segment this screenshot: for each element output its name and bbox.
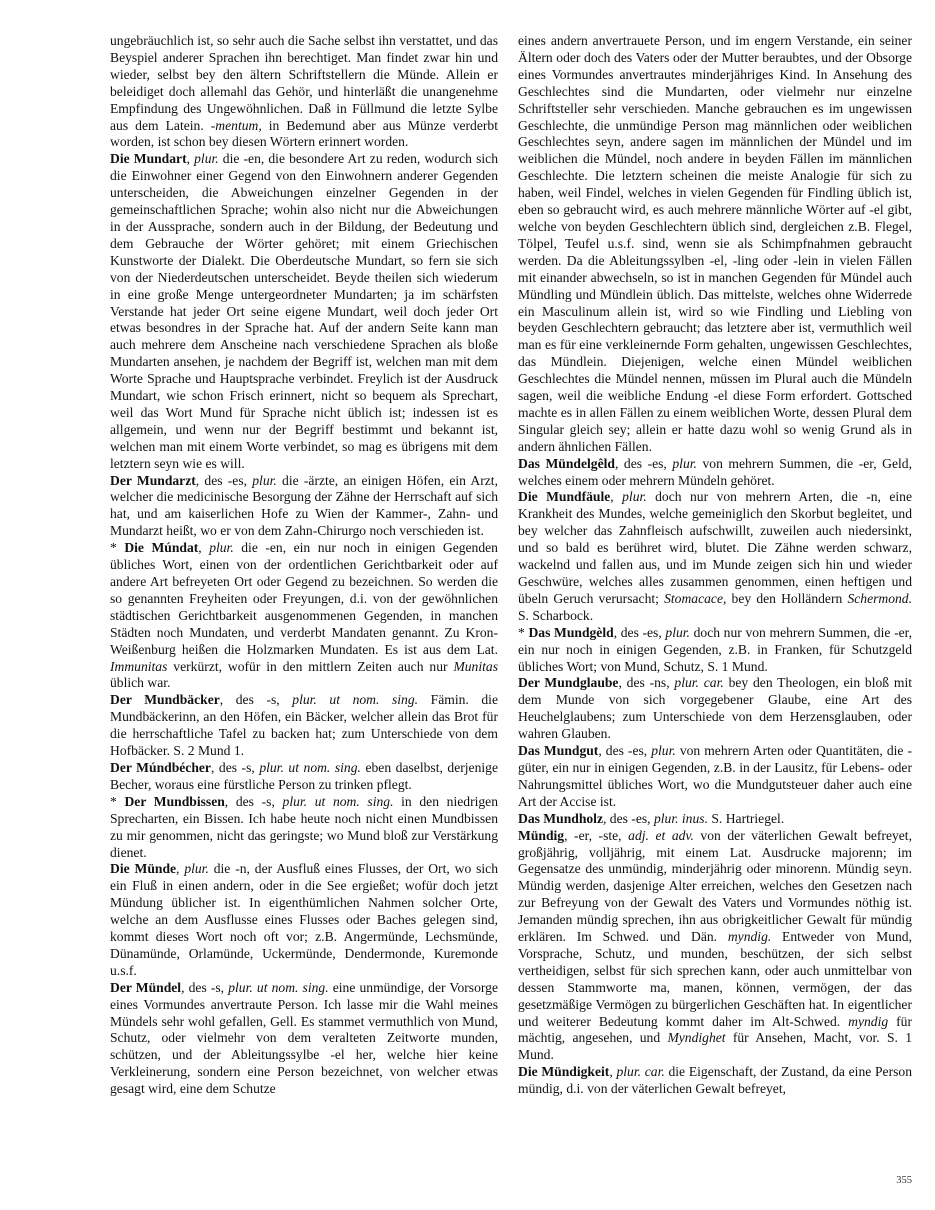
grammar-note: plur. car.: [616, 1064, 664, 1079]
entry-text: die -en, die besondere Art zu reden, wod…: [110, 151, 498, 470]
grammar-note: plur.: [209, 540, 234, 555]
dictionary-page: ungebräuchlich ist, so sehr auch die Sac…: [0, 0, 935, 1210]
entry-text: eine unmündige, der Vorsorge eines Vormu…: [110, 980, 498, 1096]
dictionary-entry: Der Mündel, des -s, plur. ut nom. sing. …: [110, 980, 498, 1098]
entry-text: verkürzt, wofür in den mittlern Zeiten a…: [167, 659, 453, 674]
entry-headword: Die Mundfäule: [518, 489, 610, 504]
grammar-note: plur.: [665, 625, 690, 640]
grammar-note: plur.: [184, 861, 209, 876]
entry-headword: Das Mundgèld: [528, 625, 613, 640]
dictionary-entry: Der Mundarzt, des -es, plur. die -ärzte,…: [110, 473, 498, 541]
grammar-note: plur. inus.: [654, 811, 708, 826]
dictionary-entry: Die Mündigkeit, plur. car. die Eigenscha…: [518, 1064, 912, 1098]
entry-headword: Das Mundholz: [518, 811, 603, 826]
foreign-term: Stomacace,: [664, 591, 726, 606]
entry-text: , des -s,: [211, 760, 259, 775]
right-column: eines andern anvertrauete Person, und im…: [518, 33, 912, 1098]
dictionary-entry: Die Münde, plur. die -n, der Ausfluß ein…: [110, 861, 498, 979]
entry-text: , des -es,: [598, 743, 651, 758]
grammar-note: plur.: [622, 489, 647, 504]
foreign-term: mentum,: [215, 118, 261, 133]
dictionary-entry: Mündig, -er, -ste, adj. et adv. von der …: [518, 828, 912, 1065]
entry-text: die -n, der Ausfluß eines Flusses, der O…: [110, 861, 498, 977]
entry-text: S. Scharbock.: [518, 608, 593, 623]
entry-text: S. Hartriegel.: [708, 811, 784, 826]
foreign-term: Immunitas: [110, 659, 167, 674]
foreign-term: myndig.: [728, 929, 771, 944]
grammar-note: plur.: [672, 456, 697, 471]
grammar-note: plur. car.: [674, 675, 723, 690]
foreign-term: Schermond.: [847, 591, 912, 606]
entry-headword: Die Múndat: [124, 540, 198, 555]
dictionary-entry: * Das Mundgèld, des -es, plur. doch nur …: [518, 625, 912, 676]
entry-continuation: ungebräuchlich ist, so sehr auch die Sac…: [110, 33, 498, 151]
entry-text: eines andern anvertrauete Person, und im…: [518, 33, 912, 454]
entry-headword: Der Mundglaube: [518, 675, 618, 690]
entry-text: , des -s,: [181, 980, 228, 995]
grammar-note: plur. ut nom. sing.: [259, 760, 361, 775]
entry-text: , -er, -ste,: [564, 828, 628, 843]
entry-text: bey den Holländern: [726, 591, 847, 606]
entry-text: , des -es,: [603, 811, 654, 826]
dictionary-entry: Der Mundglaube, des -ns, plur. car. bey …: [518, 675, 912, 743]
entry-text: *: [518, 625, 528, 640]
entry-headword: Der Mündel: [110, 980, 181, 995]
grammar-note: plur.: [252, 473, 277, 488]
entry-headword: Der Mundarzt: [110, 473, 196, 488]
dictionary-entry: * Die Múndat, plur. die -en, ein nur noc…: [110, 540, 498, 692]
dictionary-entry: Der Múndbécher, des -s, plur. ut nom. si…: [110, 760, 498, 794]
grammar-note: plur. ut nom. sing.: [228, 980, 328, 995]
entry-headword: Der Mundbissen: [124, 794, 224, 809]
grammar-note: plur.: [194, 151, 219, 166]
foreign-term: myndig: [848, 1014, 888, 1029]
entry-text: , des -es,: [196, 473, 252, 488]
dictionary-entry: Das Mundholz, des -es, plur. inus. S. Ha…: [518, 811, 912, 828]
dictionary-entry: Die Mundart, plur. die -en, die besonder…: [110, 151, 498, 472]
page-number: 355: [880, 1175, 912, 1186]
entry-text: , des -es,: [614, 625, 666, 640]
entry-text: , des -s,: [225, 794, 283, 809]
entry-headword: Die Mündigkeit: [518, 1064, 609, 1079]
entry-text: ,: [610, 489, 622, 504]
dictionary-entry: Das Mundgut, des -es, plur. von mehrern …: [518, 743, 912, 811]
foreign-term: Munitas: [453, 659, 498, 674]
entry-headword: Das Mündelgêld: [518, 456, 615, 471]
entry-headword: Das Mundgut: [518, 743, 598, 758]
grammar-note: plur.: [651, 743, 676, 758]
dictionary-entry: * Der Mundbissen, des -s, plur. ut nom. …: [110, 794, 498, 862]
grammar-note: plur. ut nom. sing.: [283, 794, 394, 809]
dictionary-entry: Der Mundbäcker, des -s, plur. ut nom. si…: [110, 692, 498, 760]
grammar-note: plur. ut nom. sing.: [292, 692, 418, 707]
entry-text: , des -ns,: [618, 675, 674, 690]
entry-text: ,: [187, 151, 195, 166]
entry-headword: Mündig: [518, 828, 564, 843]
entry-text: , des -es,: [615, 456, 672, 471]
entry-headword: Die Münde: [110, 861, 176, 876]
entry-headword: Die Mundart: [110, 151, 187, 166]
entry-text: ,: [198, 540, 209, 555]
entry-text: *: [110, 540, 124, 555]
left-column: ungebräuchlich ist, so sehr auch die Sac…: [110, 33, 498, 1098]
entry-text: doch nur von mehrern Arten, die -n, eine…: [518, 489, 912, 605]
entry-text: *: [110, 794, 124, 809]
dictionary-entry: Die Mundfäule, plur. doch nur von mehrer…: [518, 489, 912, 624]
foreign-term: Myndighet: [667, 1030, 725, 1045]
grammar-note: adj. et adv.: [628, 828, 694, 843]
entry-headword: Der Múndbécher: [110, 760, 211, 775]
dictionary-entry: eines andern anvertrauete Person, und im…: [518, 33, 912, 456]
entry-text: von der väterlichen Gewalt befreyet, gro…: [518, 828, 912, 944]
dictionary-entry: Das Mündelgêld, des -es, plur. von mehre…: [518, 456, 912, 490]
entry-text: , des -s,: [220, 692, 293, 707]
entry-text: üblich war.: [110, 675, 170, 690]
entry-headword: Der Mundbäcker: [110, 692, 220, 707]
entry-text: die -en, ein nur noch in einigen Gegende…: [110, 540, 498, 656]
